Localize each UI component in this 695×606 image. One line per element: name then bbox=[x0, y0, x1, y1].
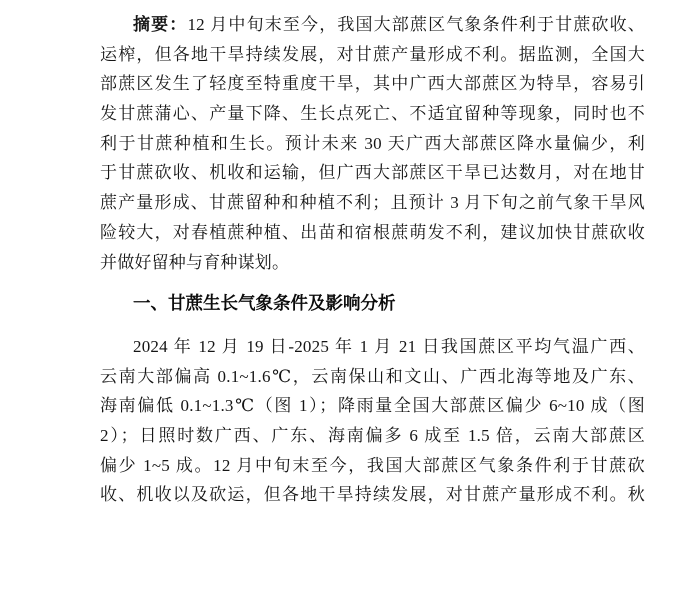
section-heading: 一、甘蔗生长气象条件及影响分析 bbox=[100, 289, 645, 319]
text-line: 2）；日照时数广西、广东、海南偏多 6 成至 1.5 倍，云南大部蔗区 bbox=[100, 421, 645, 451]
document-page: 摘要：12 月中旬末至今，我国大部蔗区气象条件利于甘蔗砍收、 运榨，但各地干旱持… bbox=[0, 0, 695, 606]
summary-label: 摘要： bbox=[133, 15, 187, 34]
text-line: 运榨，但各地干旱持续发展，对甘蔗产量形成不利。据监测，全国大 bbox=[100, 40, 645, 70]
text-line: 利于甘蔗种植和生长。预计未来 30 天广西大部蔗区降水量偏少，利 bbox=[100, 129, 645, 159]
text-line-content: 12 月中旬末至今，我国大部蔗区气象条件利于甘蔗砍收、 bbox=[187, 15, 645, 34]
document-text-block: 摘要：12 月中旬末至今，我国大部蔗区气象条件利于甘蔗砍收、 运榨，但各地干旱持… bbox=[100, 10, 645, 510]
text-line: 海南偏低 0.1~1.3℃（图 1）；降雨量全国大部蔗区偏少 6~10 成（图 bbox=[100, 391, 645, 421]
text-line: 云南大部偏高 0.1~1.6℃，云南保山和文山、广西北海等地及广东、 bbox=[100, 362, 645, 392]
text-line: 于甘蔗砍收、机收和运输，但广西大部蔗区干旱已达数月，对在地甘 bbox=[100, 158, 645, 188]
text-line: 险较大，对春植蔗种植、出苗和宿根蔗萌发不利，建议加快甘蔗砍收 bbox=[100, 218, 645, 248]
text-line: 摘要：12 月中旬末至今，我国大部蔗区气象条件利于甘蔗砍收、 bbox=[100, 10, 645, 40]
text-line: 偏少 1~5 成。12 月中旬末至今，我国大部蔗区气象条件利于甘蔗砍 bbox=[100, 451, 645, 481]
text-line: 发甘蔗蒲心、产量下降、生长点死亡、不适宜留种等现象，同时也不 bbox=[100, 99, 645, 129]
text-line: 2024 年 12 月 19 日-2025 年 1 月 21 日我国蔗区平均气温… bbox=[100, 332, 645, 362]
text-line: 蔗产量形成、甘蔗留种和种植不利；且预计 3 月下旬之前气象干旱风 bbox=[100, 188, 645, 218]
text-line: 部蔗区发生了轻度至特重度干旱，其中广西大部蔗区为特旱，容易引 bbox=[100, 69, 645, 99]
text-line: 并做好留种与育种谋划。 bbox=[100, 248, 645, 278]
text-line: 收、机收以及砍运，但各地干旱持续发展，对甘蔗产量形成不利。秋 bbox=[100, 480, 645, 510]
summary-paragraph: 摘要：12 月中旬末至今，我国大部蔗区气象条件利于甘蔗砍收、 运榨，但各地干旱持… bbox=[100, 10, 645, 277]
section1-paragraph: 2024 年 12 月 19 日-2025 年 1 月 21 日我国蔗区平均气温… bbox=[100, 332, 645, 510]
